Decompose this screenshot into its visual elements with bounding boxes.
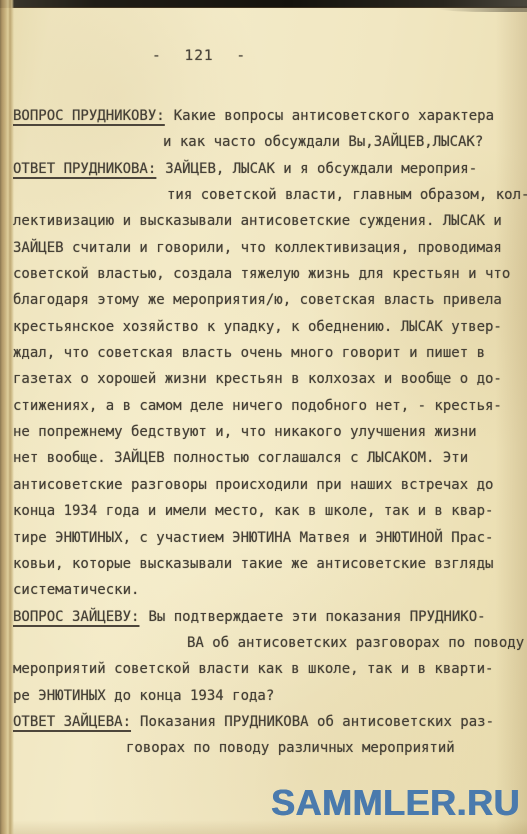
line-text: ВА об антисоветских разговорах по поводу [187, 635, 524, 651]
line-text: нет вообще. ЗАЙЦЕВ полностью соглашался … [13, 450, 468, 466]
text-line: ковьи, которые высказывали такие же анти… [13, 551, 521, 577]
line-text: мероприятий советской власти как в школе… [13, 661, 493, 677]
line-text: Вы подтверждаете эти показания ПРУДНИКО- [148, 609, 485, 625]
page-left-edge [0, 0, 14, 834]
line-text: стижениях, а в самом деле ничего подобно… [13, 398, 502, 414]
line-text: крестьянское хозяйство к упадку, к обедн… [13, 319, 502, 335]
text-line: говорах по поводу различных мероприятий [13, 735, 521, 761]
text-line: мероприятий советской власти как в школе… [13, 656, 521, 682]
line-text: конца 1934 года и имели место, как в шко… [13, 503, 493, 519]
document-text: ВОПРОС ПРУДНИКОВУ:Какие вопросы антисове… [13, 103, 521, 762]
text-line: стижениях, а в самом деле ничего подобно… [13, 393, 521, 419]
text-line: конца 1934 года и имели место, как в шко… [13, 498, 521, 524]
text-line: ОТВЕТ ПРУДНИКОВА:ЗАЙЦЕВ, ЛЫСАК и я обсуж… [13, 156, 521, 182]
line-text: благодаря этому же мероприятия/ю, советс… [13, 292, 502, 308]
line-text: ждал, что советская власть очень много г… [13, 345, 485, 361]
text-line: не попрежнему бедствуют и, что никакого … [13, 419, 521, 445]
text-line: газетах о хорошей жизни крестьян в колхо… [13, 366, 521, 392]
line-text: систематически. [13, 582, 139, 598]
text-line: ре ЭНЮТИНЫХ до конца 1934 года? [13, 683, 521, 709]
text-line: антисоветские разговоры происходили при … [13, 472, 521, 498]
speaker-heading: ВОПРОС ЗАЙЦЕВУ: [13, 609, 139, 625]
text-line: систематически. [13, 577, 521, 603]
text-line: ВА об антисоветских разговорах по поводу [13, 630, 521, 656]
line-text: ре ЭНЮТИНЫХ до конца 1934 года? [13, 688, 274, 704]
line-text: антисоветские разговоры происходили при … [13, 477, 493, 493]
text-line: ЗАЙЦЕВ считали и говорили, что коллектив… [13, 235, 521, 261]
speaker-heading: ОТВЕТ ЗАЙЦЕВА: [13, 714, 131, 730]
line-text: Какие вопросы антисоветского характера [174, 108, 494, 124]
line-text: ковьи, которые высказывали такие же анти… [13, 556, 493, 572]
text-line: ВОПРОС ПРУДНИКОВУ:Какие вопросы антисове… [13, 103, 521, 129]
text-line: крестьянское хозяйство к упадку, к обедн… [13, 314, 521, 340]
text-line: ждал, что советская власть очень много г… [13, 340, 521, 366]
line-text: лективизацию и высказывали антисоветские… [13, 213, 502, 229]
text-line: советской властью, создала тяжелую жизнь… [13, 261, 521, 287]
text-line: тия советской власти, главным образом, к… [13, 182, 521, 208]
text-line: нет вообще. ЗАЙЦЕВ полностью соглашался … [13, 445, 521, 471]
line-text: говорах по поводу различных мероприятий [126, 740, 455, 756]
line-text: ЗАЙЦЕВ считали и говорили, что коллектив… [13, 240, 502, 256]
text-line: благодаря этому же мероприятия/ю, советс… [13, 287, 521, 313]
line-text: не попрежнему бедствуют и, что никакого … [13, 424, 477, 440]
line-text: ЗАЙЦЕВ, ЛЫСАК и я обсуждали мероприя- [165, 161, 477, 177]
scanned-document-page: - 121 - ВОПРОС ПРУДНИКОВУ:Какие вопросы … [0, 0, 527, 834]
text-line: ВОПРОС ЗАЙЦЕВУ:Вы подтверждаете эти пока… [13, 604, 521, 630]
line-text: Показания ПРУДНИКОВА об антисоветских ра… [140, 714, 494, 730]
sammler-watermark: SAMMLER.RU [271, 782, 520, 824]
speaker-heading: ВОПРОС ПРУДНИКОВУ: [13, 108, 165, 124]
line-text: советской властью, создала тяжелую жизнь… [13, 266, 510, 282]
line-text: газетах о хорошей жизни крестьян в колхо… [13, 371, 502, 387]
text-line: ОТВЕТ ЗАЙЦЕВА:Показания ПРУДНИКОВА об ан… [13, 709, 521, 735]
scan-top-edge [0, 0, 527, 8]
text-line: и как часто обсуждали Вы,ЗАЙЦЕВ,ЛЫСАК? [13, 129, 521, 155]
text-line: тире ЭНЮТИНЫХ, с участием ЭНЮТИНА Матвея… [13, 525, 521, 551]
line-text: тия советской власти, главным образом, к… [167, 187, 527, 203]
speaker-heading: ОТВЕТ ПРУДНИКОВА: [13, 161, 156, 177]
text-line: лективизацию и высказывали антисоветские… [13, 208, 521, 234]
line-text: и как часто обсуждали Вы,ЗАЙЦЕВ,ЛЫСАК? [163, 134, 483, 150]
page-number: - 121 - [152, 48, 246, 64]
line-text: тире ЭНЮТИНЫХ, с участием ЭНЮТИНА Матвея… [13, 530, 493, 546]
